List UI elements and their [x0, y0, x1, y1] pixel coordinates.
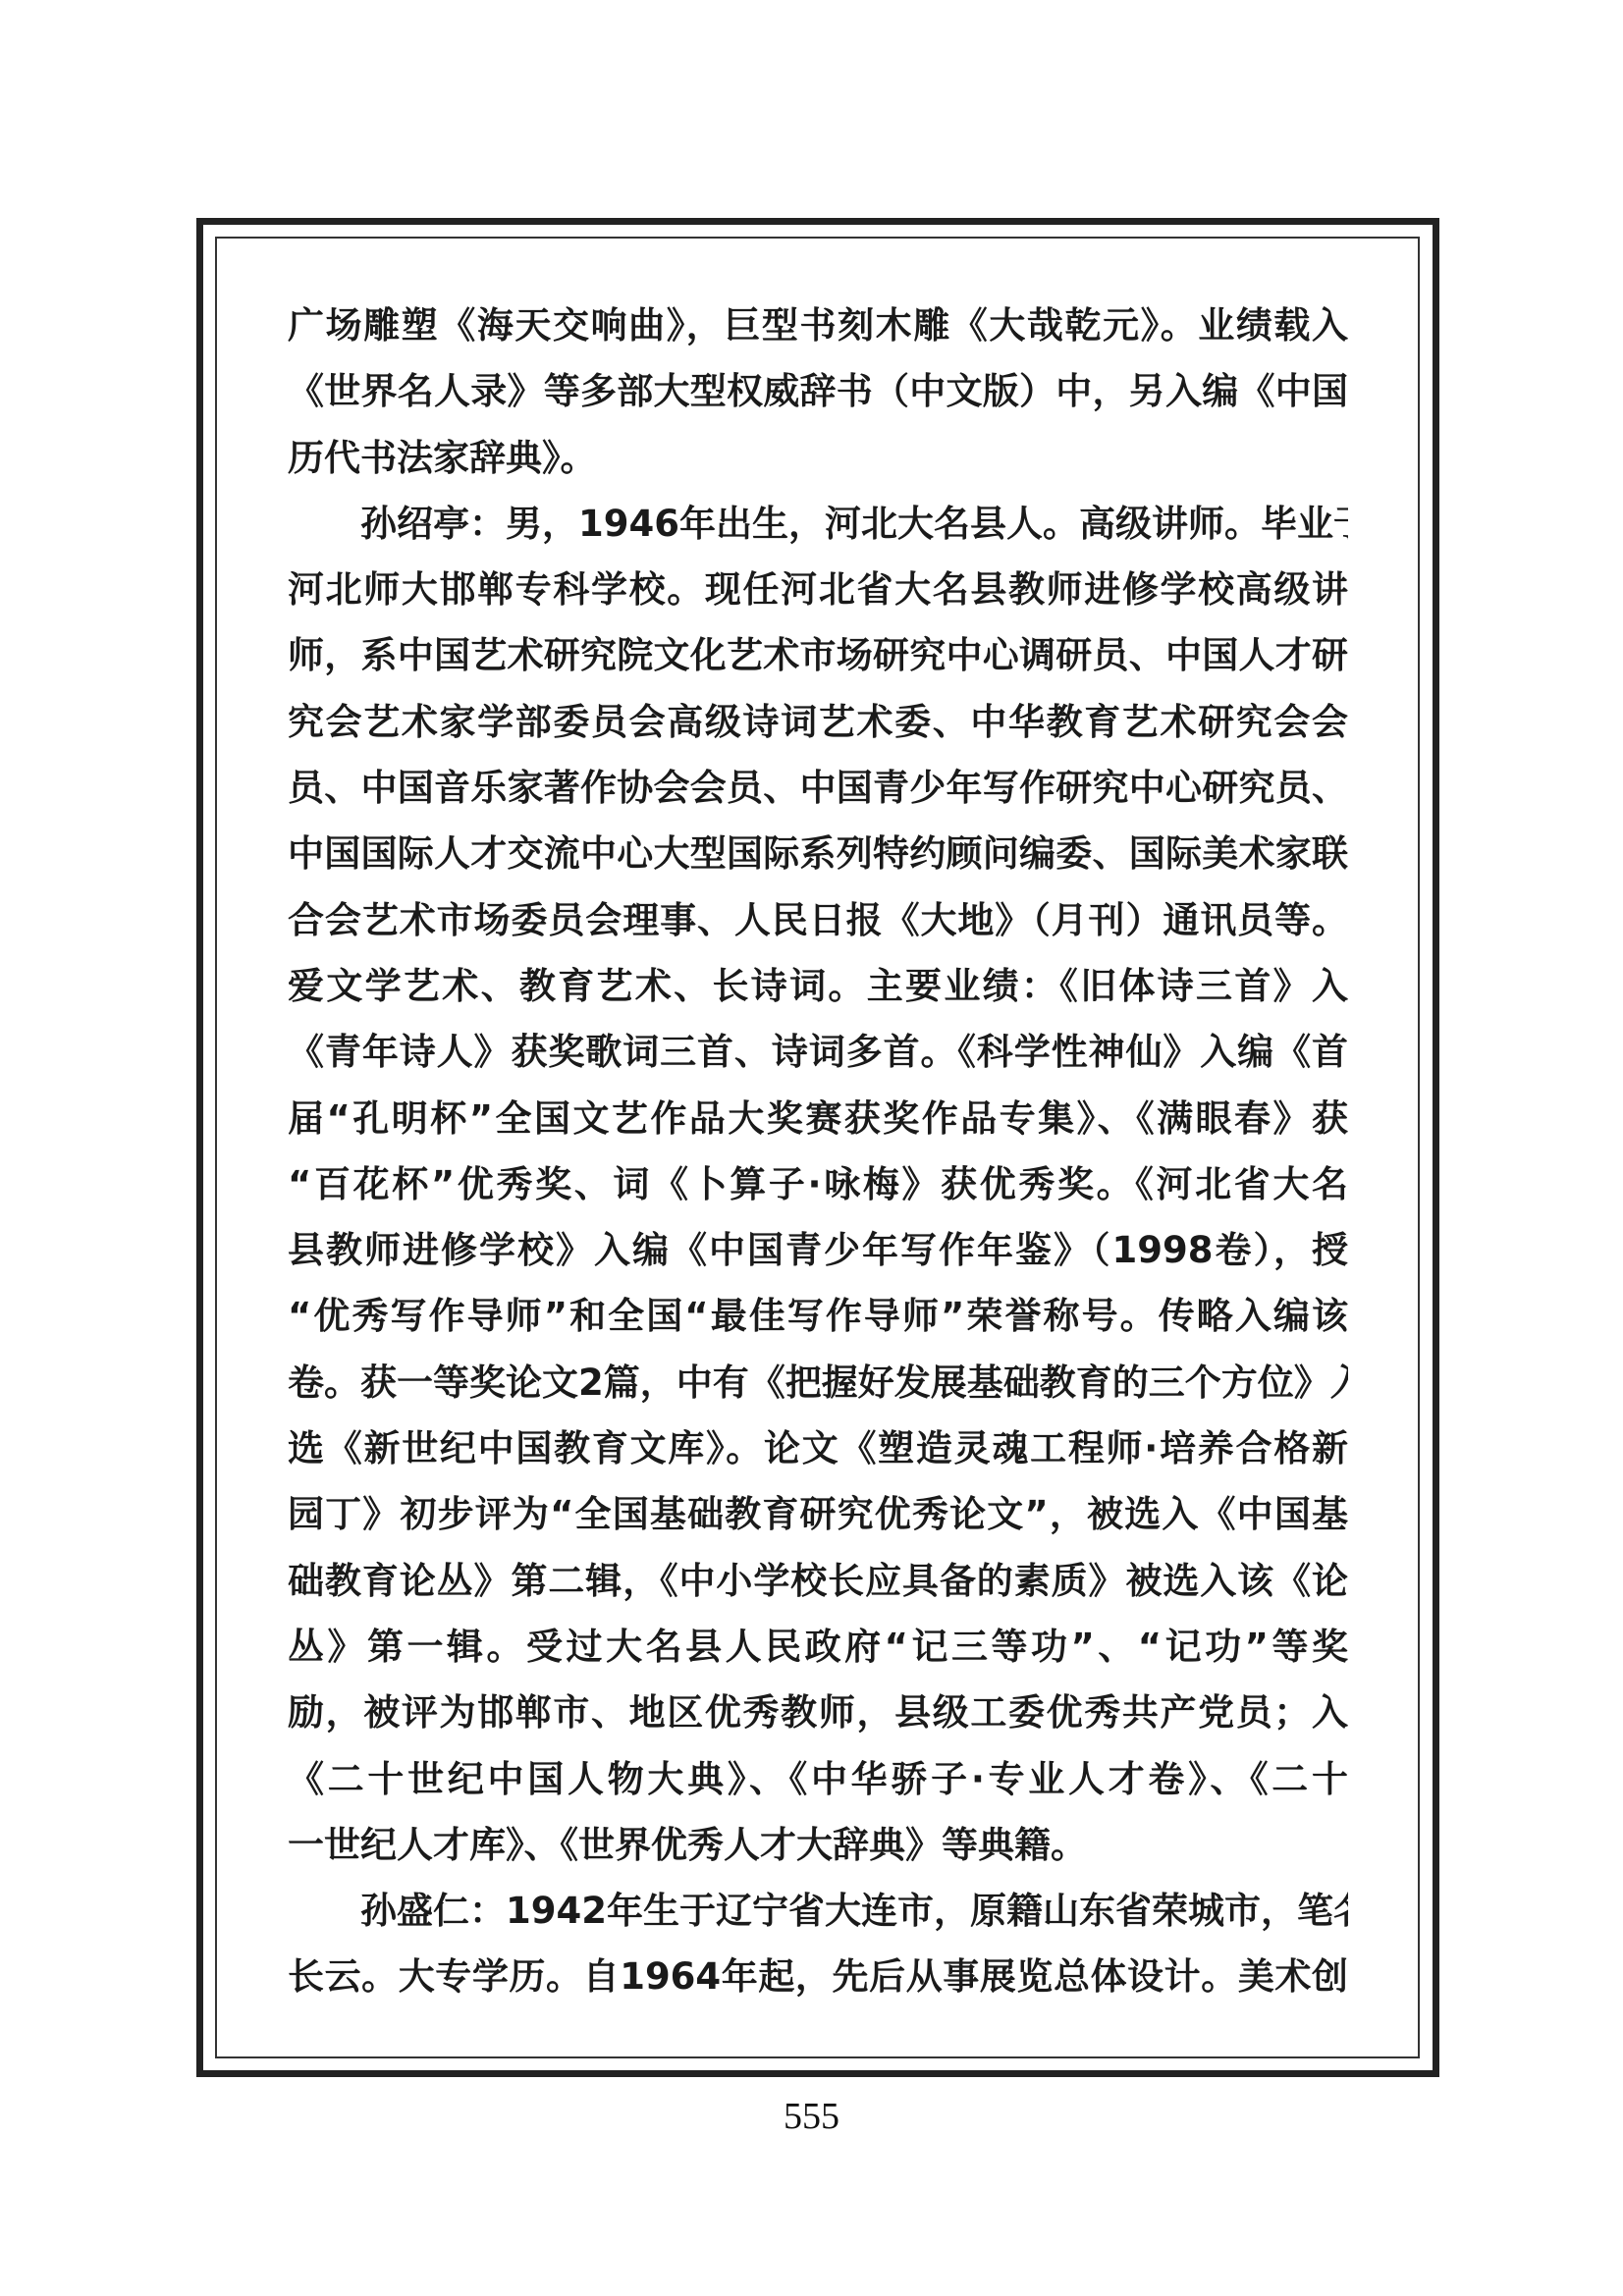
text-line: 丛》第一辑。受过大名县人民政府“记三等功”、“记功”等奖 — [288, 1619, 1348, 1684]
text-line: 河北师大邯郸专科学校。现任河北省大名县教师进修学校高级讲 — [288, 561, 1348, 627]
text-line: 员、中国音乐家著作协会会员、中国青少年写作研究中心研究员、 — [288, 760, 1348, 826]
document-page: 广场雕塑《海天交响曲》，巨型书刻木雕《大哉乾元》。业绩载入 《世界名人录》等多部… — [0, 0, 1623, 2296]
body-text: 广场雕塑《海天交响曲》，巨型书刻木雕《大哉乾元》。业绩载入 《世界名人录》等多部… — [288, 297, 1348, 2015]
text-line: 励，被评为邯郸市、地区优秀教师，县级工委优秀共产党员；入 — [288, 1684, 1348, 1750]
text-line: 究会艺术家学部委员会高级诗词艺术委、中华教育艺术研究会会 — [288, 694, 1348, 760]
text-line: 一世纪人才库》、《世界优秀人才大辞典》等典籍。 — [288, 1817, 1348, 1883]
text-line: “优秀写作导师”和全国“最佳写作导师”荣誉称号。传略入编该 — [288, 1288, 1348, 1354]
text-line: 卷。获一等奖论文2篇，中有《把握好发展基础教育的三个方位》入 — [288, 1355, 1348, 1420]
text-line: 《青年诗人》获奖歌词三首、诗词多首。《科学性神仙》入编《首 — [288, 1024, 1348, 1090]
text-line: 届“孔明杯”全国文艺作品大奖赛获奖作品专集》、《满眼春》获 — [288, 1091, 1348, 1156]
text-line: 《二十世纪中国人物大典》、《中华骄子·专业人才卷》、《二十 — [288, 1751, 1348, 1817]
paragraph-start-line: 孙盛仁：1942年生于辽宁省大连市，原籍山东省荣城市，笔名 — [288, 1883, 1348, 1949]
text-line: 长云。大专学历。自1964年起，先后从事展览总体设计。美术创 — [288, 1949, 1348, 2014]
text-line: 园丁》初步评为“全国基础教育研究优秀论文”，被选入《中国基 — [288, 1486, 1348, 1552]
text-line: 县教师进修学校》入编《中国青少年写作年鉴》（1998卷），授 — [288, 1222, 1348, 1288]
text-line: 选《新世纪中国教育文库》。论文《塑造灵魂工程师·培养合格新 — [288, 1420, 1348, 1486]
paragraph-start-line: 孙绍亭：男，1946年出生，河北大名县人。高级讲师。毕业于 — [288, 496, 1348, 561]
text-line: 历代书法家辞典》。 — [288, 430, 1348, 496]
text-line: 师，系中国艺术研究院文化艺术市场研究中心调研员、中国人才研 — [288, 627, 1348, 693]
text-line: 《世界名人录》等多部大型权威辞书（中文版）中，另入编《中国 — [288, 363, 1348, 429]
text-line: 合会艺术市场委员会理事、人民日报《大地》（月刊）通讯员等。 — [288, 892, 1348, 958]
page-number: 555 — [0, 2095, 1623, 2138]
text-line: 广场雕塑《海天交响曲》，巨型书刻木雕《大哉乾元》。业绩载入 — [288, 297, 1348, 363]
text-line: 爱文学艺术、教育艺术、长诗词。主要业绩：《旧体诗三首》入 — [288, 958, 1348, 1024]
text-line: 础教育论丛》第二辑，《中小学校长应具备的素质》被选入该《论 — [288, 1553, 1348, 1619]
text-line: “百花杯”优秀奖、词《卜算子·咏梅》获优秀奖。《河北省大名 — [288, 1156, 1348, 1222]
text-line: 中国国际人才交流中心大型国际系列特约顾问编委、国际美术家联 — [288, 826, 1348, 891]
